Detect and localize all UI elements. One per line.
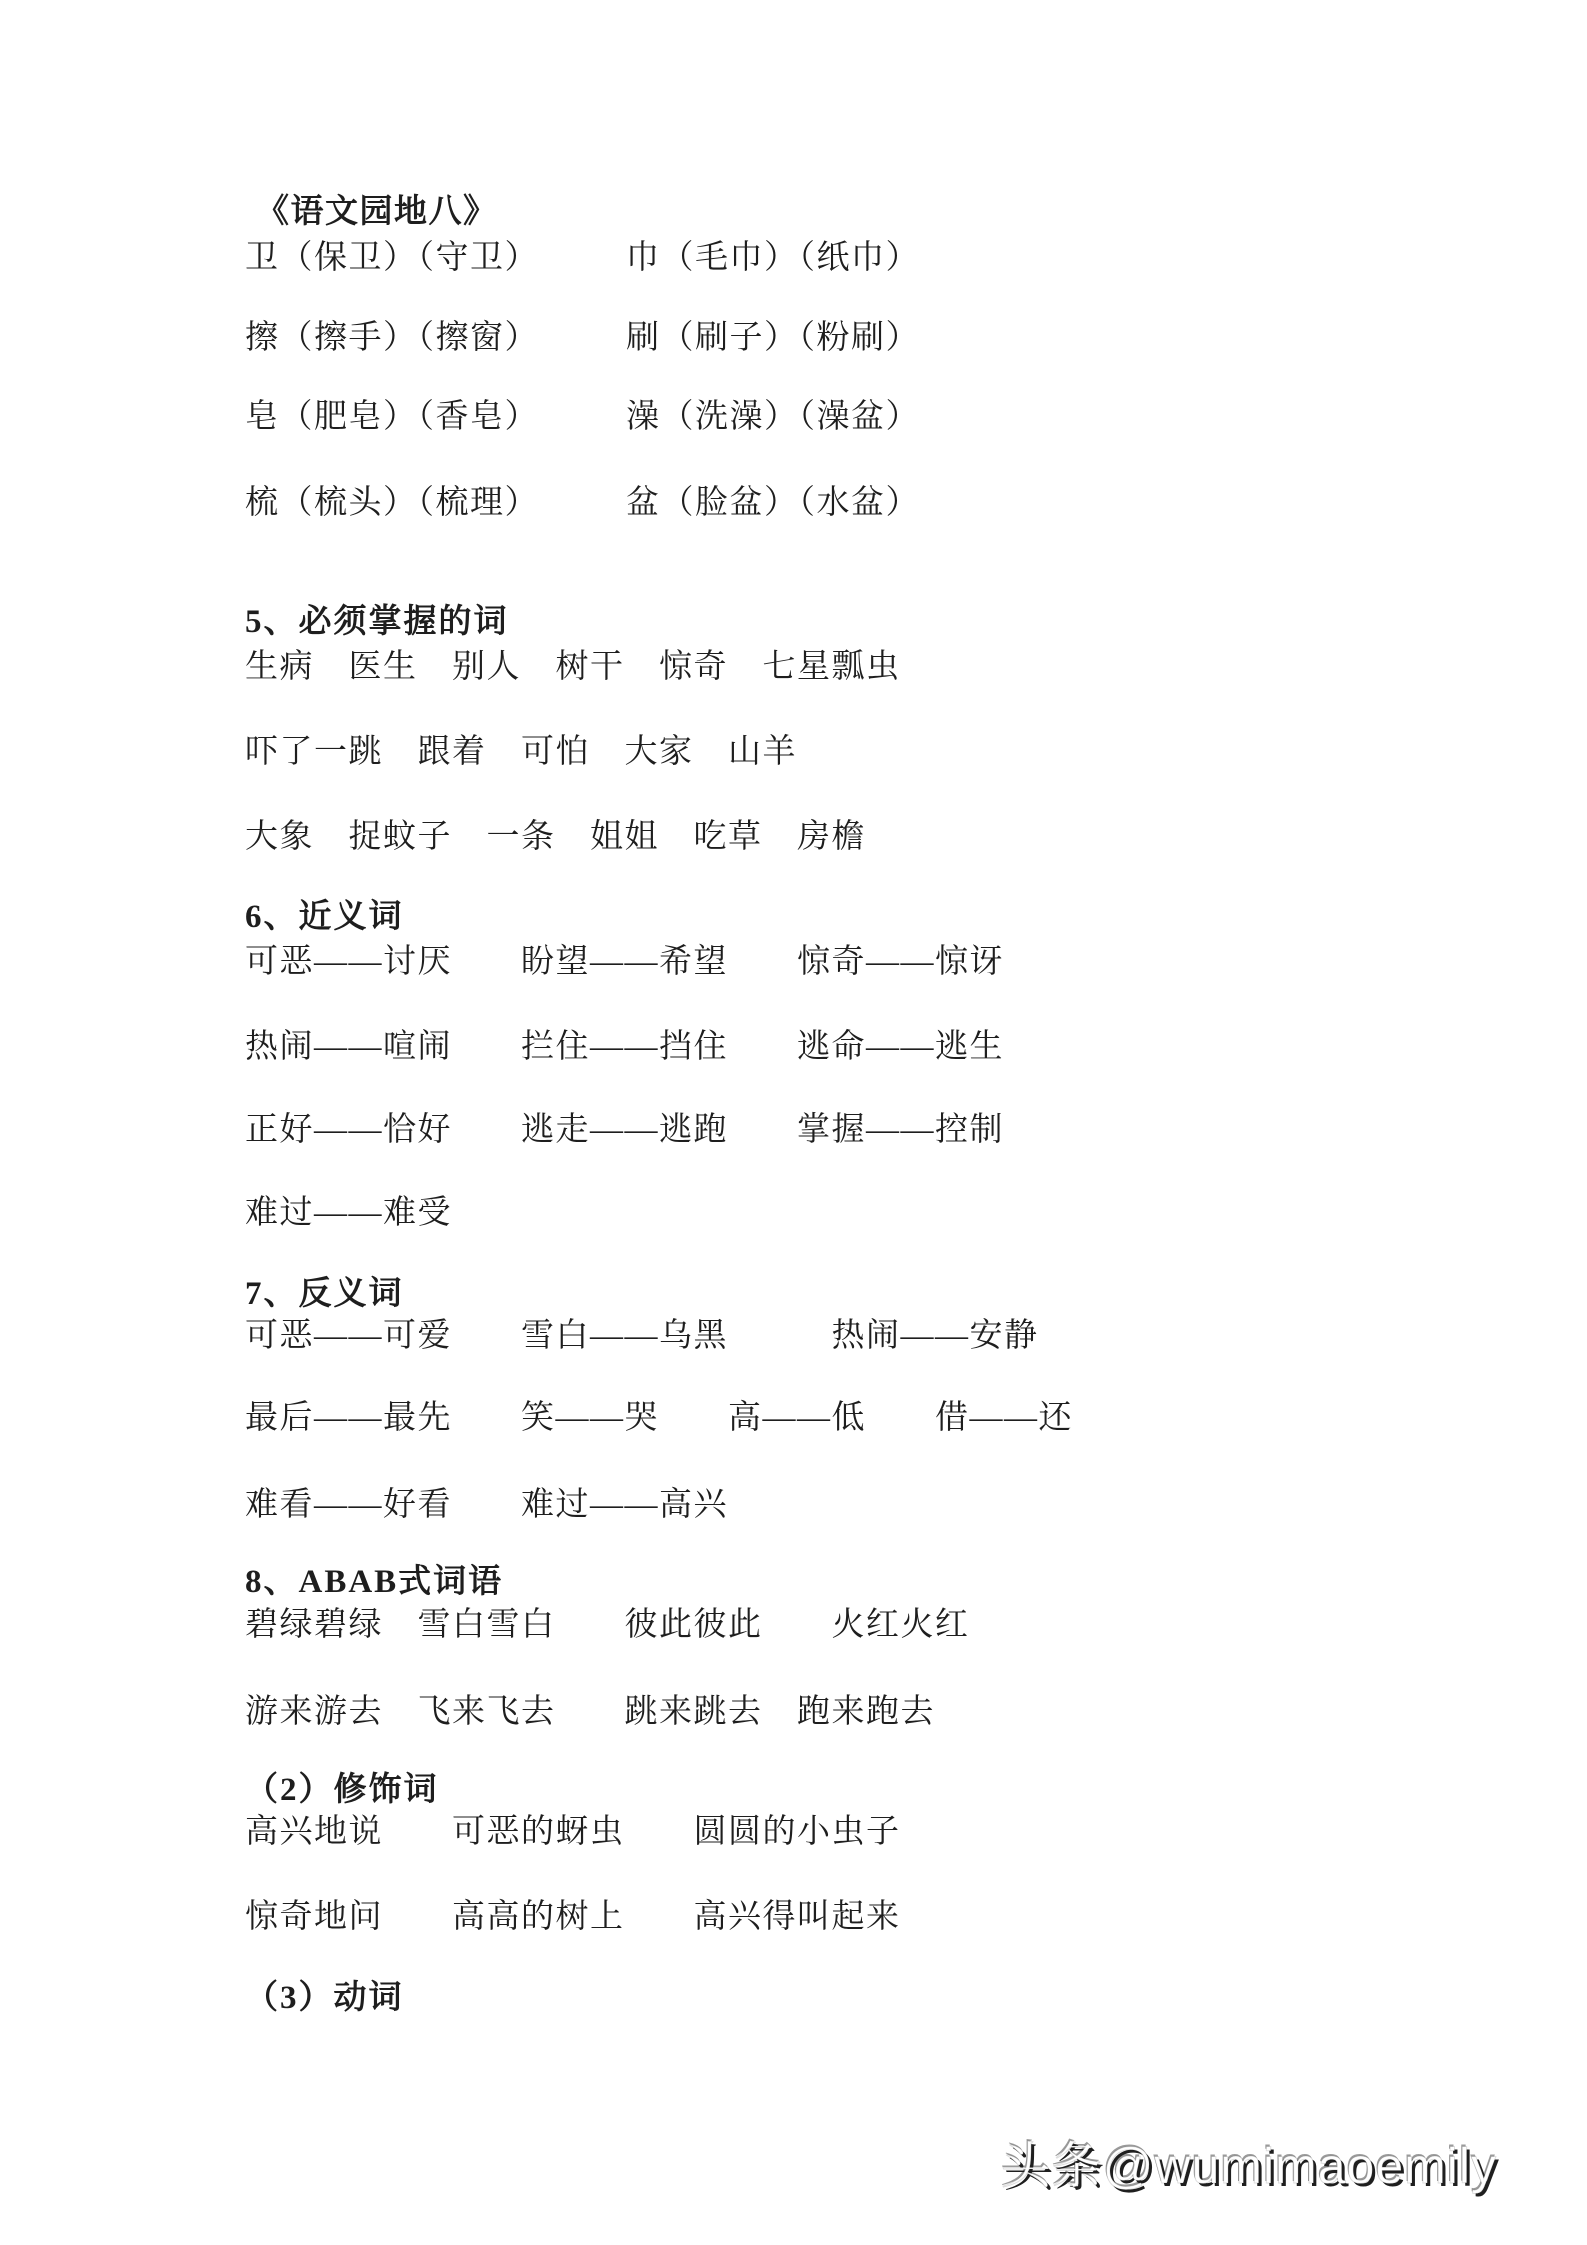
section-6-row-2: 热闹——喧闹 拦住——挡住 逃命——逃生 — [245, 1030, 1004, 1064]
watermark-toutiao-handle: 头条@wumimaoemily — [1001, 2138, 1497, 2194]
section-6-row-3: 正好——恰好 逃走——逃跑 掌握——控制 — [245, 1113, 1004, 1147]
section-5-row-1: 生病 医生 别人 树干 惊奇 七星瓢虫 — [245, 650, 901, 684]
section-6-heading: 6、近义词 — [245, 900, 404, 934]
document-page: 《语文园地八》 卫（保卫）（守卫） 巾（毛巾）（纸巾） 擦（擦手）（擦窗） 刷（… — [0, 0, 1587, 2245]
subsection-2-row-1: 高兴地说 可恶的蚜虫 圆圆的小虫子 — [245, 1815, 901, 1849]
subsection-2-heading: （2）修饰词 — [245, 1773, 439, 1807]
section-8-heading: 8、ABAB式词语 — [245, 1565, 503, 1599]
section-8-row-1: 碧绿碧绿 雪白雪白 彼此彼此 火红火红 — [245, 1608, 970, 1642]
section-7-heading: 7、反义词 — [245, 1277, 404, 1311]
section-5-row-2: 吓了一跳 跟着 可怕 大家 山羊 — [245, 735, 797, 769]
character-words-row-4: 梳（梳头）（梳理） 盆（脸盆）（水盆） — [245, 486, 920, 520]
section-5-row-3: 大象 捉蚊子 一条 姐姐 吃草 房檐 — [245, 820, 866, 854]
subsection-2-row-2: 惊奇地问 高高的树上 高兴得叫起来 — [245, 1900, 901, 1934]
section-7-row-1: 可恶——可爱 雪白——乌黑 热闹——安静 — [245, 1319, 1039, 1353]
character-words-row-1: 卫（保卫）（守卫） 巾（毛巾）（纸巾） — [245, 241, 920, 275]
section-6-row-1: 可恶——讨厌 盼望——希望 惊奇——惊讶 — [245, 945, 1004, 979]
section-8-row-2: 游来游去 飞来飞去 跳来跳去 跑来跑去 — [245, 1695, 935, 1729]
character-words-row-3: 皂（肥皂）（香皂） 澡（洗澡）（澡盆） — [245, 400, 920, 434]
section-7-row-2: 最后——最先 笑——哭 高——低 借——还 — [245, 1401, 1073, 1435]
section-7-row-3: 难看——好看 难过——高兴 — [245, 1488, 728, 1522]
title-line: 《语文园地八》 — [256, 195, 498, 229]
subsection-3-heading: （3）动词 — [245, 1981, 404, 2015]
section-6-row-4: 难过——难受 — [245, 1196, 452, 1230]
character-words-row-2: 擦（擦手）（擦窗） 刷（刷子）（粉刷） — [245, 321, 920, 355]
section-5-heading: 5、必须掌握的词 — [245, 605, 509, 639]
